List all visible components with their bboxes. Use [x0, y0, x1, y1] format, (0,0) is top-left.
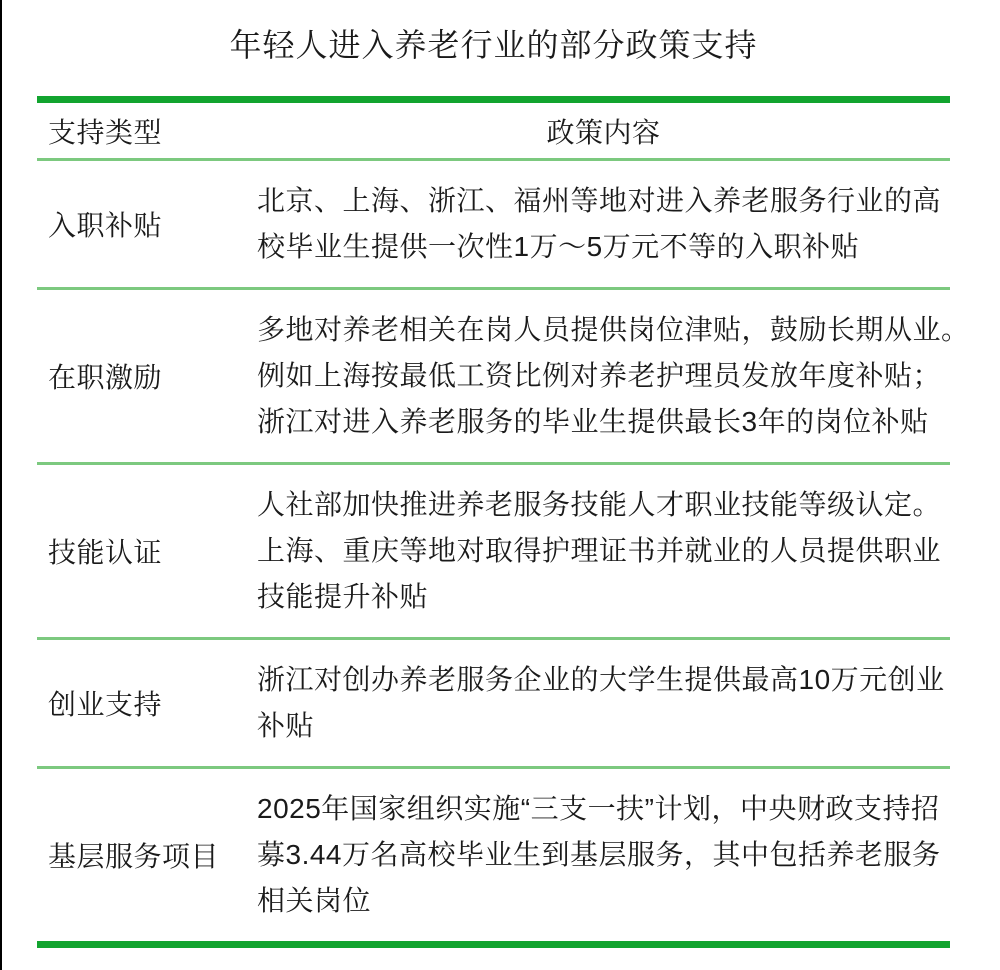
table-row: 技能认证 人社部加快推进养老服务技能人才职业技能等级认定。 上海、重庆等地对取得… [37, 465, 950, 640]
row-type-label: 基层服务项目 [37, 835, 257, 875]
table-header-row: 支持类型 政策内容 [37, 103, 950, 161]
row-type-label: 创业支持 [37, 683, 257, 723]
header-policy-content: 政策内容 [257, 111, 950, 151]
row-content-text: 2025年国家组织实施“三支一扶”计划，中央财政支持招 募3.44万名高校毕业生… [257, 786, 950, 924]
row-type-label: 技能认证 [37, 531, 257, 571]
policy-table: 支持类型 政策内容 入职补贴 北京、上海、浙江、福州等地对进入养老服务行业的高 … [37, 96, 950, 948]
table-row: 在职激励 多地对养老相关在岗人员提供岗位津贴，鼓励长期从业。 例如上海按最低工资… [37, 290, 950, 465]
table-row: 创业支持 浙江对创办养老服务企业的大学生提供最高10万元创业 补贴 [37, 640, 950, 769]
table-row: 入职补贴 北京、上海、浙江、福州等地对进入养老服务行业的高 校毕业生提供一次性1… [37, 161, 950, 290]
row-content-text: 北京、上海、浙江、福州等地对进入养老服务行业的高 校毕业生提供一次性1万～5万元… [257, 178, 950, 270]
header-support-type: 支持类型 [37, 111, 257, 151]
left-edge-line [0, 0, 2, 970]
table-row: 基层服务项目 2025年国家组织实施“三支一扶”计划，中央财政支持招 募3.44… [37, 769, 950, 941]
row-type-label: 在职激励 [37, 356, 257, 396]
row-content-text: 人社部加快推进养老服务技能人才职业技能等级认定。 上海、重庆等地对取得护理证书并… [257, 482, 950, 620]
row-type-label: 入职补贴 [37, 204, 257, 244]
page-title: 年轻人进入养老行业的部分政策支持 [37, 0, 950, 65]
table-body: 入职补贴 北京、上海、浙江、福州等地对进入养老服务行业的高 校毕业生提供一次性1… [37, 161, 950, 941]
row-content-text: 多地对养老相关在岗人员提供岗位津贴，鼓励长期从业。 例如上海按最低工资比例对养老… [257, 307, 970, 445]
row-content-text: 浙江对创办养老服务企业的大学生提供最高10万元创业 补贴 [257, 657, 950, 749]
